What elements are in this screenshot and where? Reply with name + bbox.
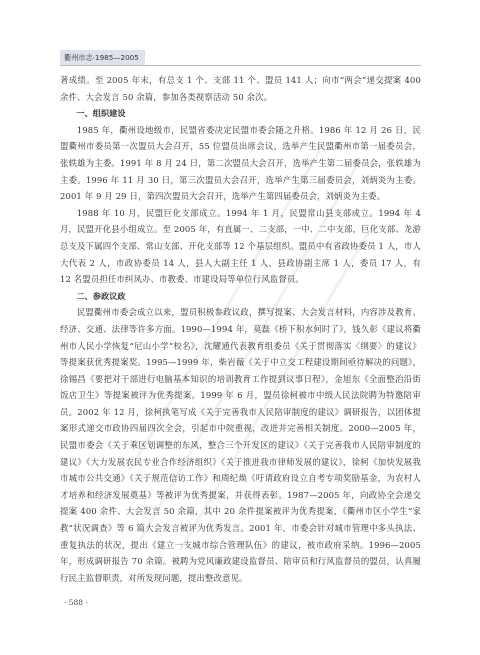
page-number: · 588 · (64, 598, 88, 607)
section-title-organization: 一、组织建设 (60, 105, 421, 122)
paragraph: 民盟衢州市委会成立以来，盟员积极参政议政，撰写提案、大会发言材料，内容涉及教育、… (60, 304, 421, 586)
paragraph: 1985 年，衢州设地级市，民盟省委决定民盟市委会随之升格。1986 年 12 … (60, 122, 421, 205)
running-head: 衢州市志·1985—2005 (60, 50, 420, 66)
paragraph: 1988 年 10 月，民盟巨化支部成立。1994 年 1 月，民盟常山县支部成… (60, 205, 421, 288)
running-head-title: 衢州市志·1985—2005 (60, 50, 145, 65)
page-body: 著成绩。至 2005 年末，有总支 1 个、支部 11 个、盟员 141 人；向… (60, 72, 421, 586)
intro-paragraph: 著成绩。至 2005 年末，有总支 1 个、支部 11 个、盟员 141 人；向… (60, 72, 421, 105)
section-title-participation: 二、参政议政 (60, 288, 421, 305)
header-rule (60, 65, 421, 66)
